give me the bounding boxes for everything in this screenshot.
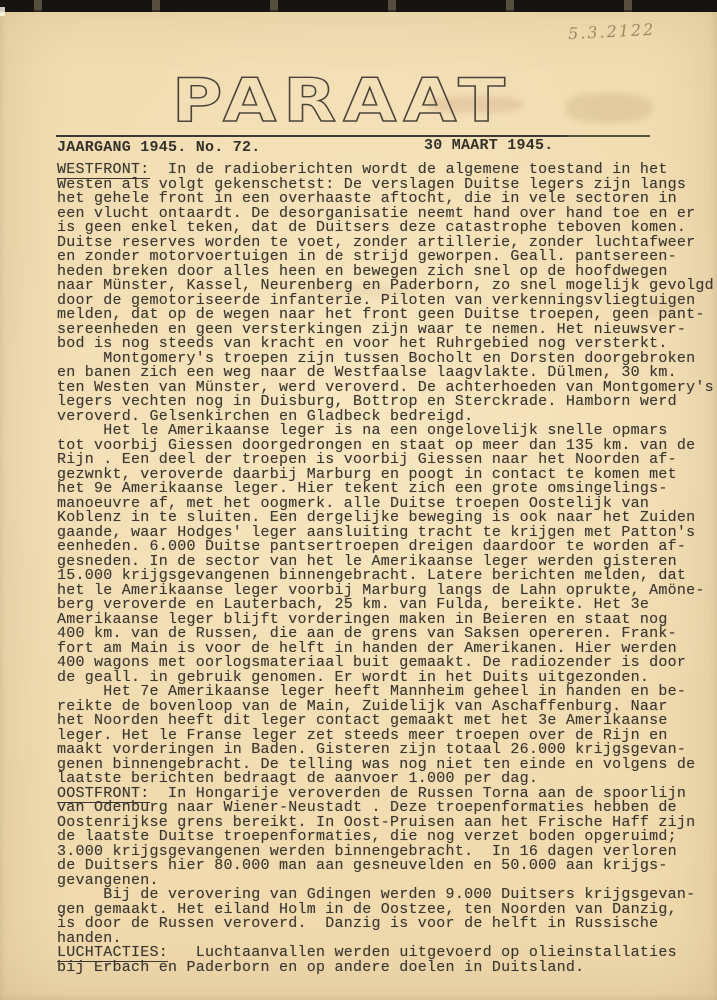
- scan-edge-top: [0, 0, 717, 12]
- issue-date: 30 MAART 1945.: [424, 137, 554, 154]
- scanned-newspaper-page: 5.3.2122 PARAAT JAARGANG 1945. No. 72. 3…: [0, 0, 717, 1000]
- text-line: bij Erbach en Paderborn en op andere doe…: [57, 961, 717, 976]
- text-line: is door de Russen veroverd. Danzig is vo…: [57, 917, 717, 932]
- article-list: WESTFRONT: In de radioberichten wordt de…: [57, 163, 717, 975]
- issue-line: JAARGANG 1945. No. 72. 30 MAART 1945.: [0, 139, 717, 157]
- handwritten-archive-number: 5.3.2122: [568, 20, 656, 44]
- issue-volume-number: JAARGANG 1945. No. 72.: [57, 139, 261, 156]
- ink-bleed-smudge: [566, 93, 652, 123]
- masthead: PARAAT: [166, 68, 518, 134]
- scan-edge-notch: [0, 7, 5, 16]
- page-title: PARAAT: [172, 68, 512, 134]
- masthead-rule: [56, 135, 650, 137]
- masthead-title-outline: PARAAT: [166, 68, 518, 134]
